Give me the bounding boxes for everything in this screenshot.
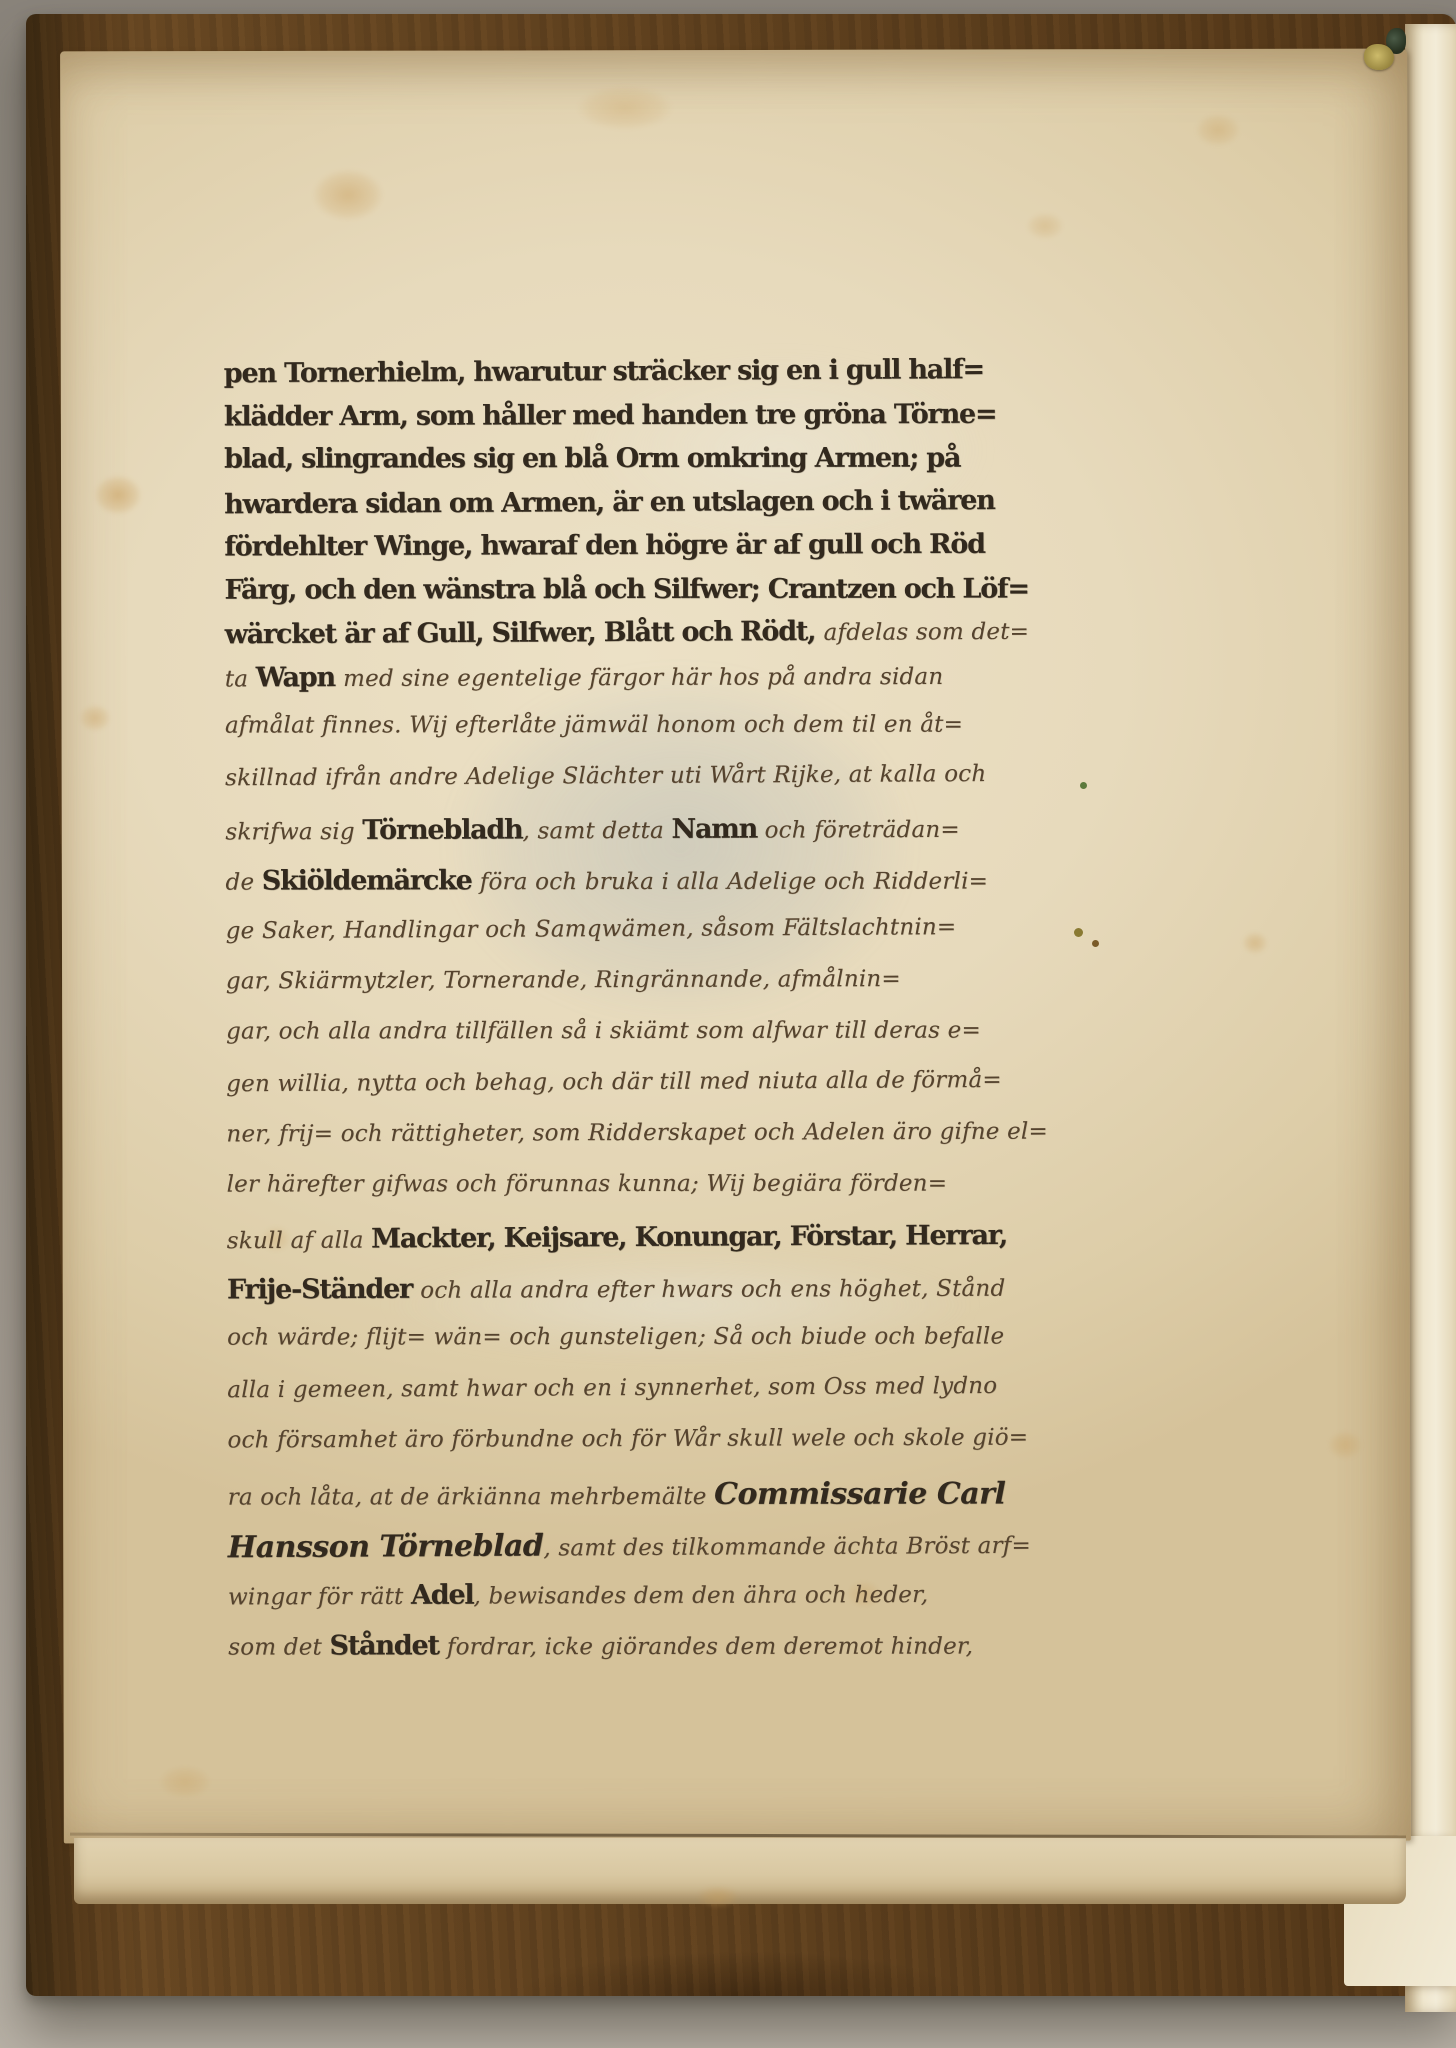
text-segment: och wärde; flijt= wän= och gunsteligen; …: [227, 1323, 1004, 1350]
manuscript-line: ta Wapn med sine egentelige färgor här h…: [225, 659, 1035, 713]
manuscript-line: ner, frij= och rättigheter, som Riddersk…: [226, 1118, 1036, 1172]
text-segment: alla i gemeen, samt hwar och en i synner…: [227, 1372, 997, 1402]
manuscript-line: ra och låta, at de ärkiänna mehrbemälte …: [228, 1476, 1038, 1528]
foxing-spot: [1188, 108, 1248, 152]
text-segment: och alla andra efter hwars och ens höghe…: [420, 1275, 1005, 1303]
text-segment: skull af alla: [227, 1227, 372, 1254]
text-segment: ner, frij= och rättigheter, som Riddersk…: [226, 1118, 1048, 1147]
text-segment: afmålat finnes. Wij efterlåte jämwäl hon…: [225, 711, 963, 738]
text-segment: ge Saker, Handlingar och Samqwämen, såso…: [226, 914, 957, 944]
manuscript-line: och wärde; flijt= wän= och gunsteligen; …: [227, 1323, 1037, 1375]
manuscript-line: och församhet äro förbundne och för Wår …: [227, 1424, 1037, 1478]
text-segment: Mackter, Keijsare, Konungar, Förstar, He…: [371, 1219, 1007, 1254]
foxing-spot: [86, 468, 150, 522]
manuscript-line: gar, och alla andra tillfällen så i skiä…: [226, 1017, 1036, 1069]
manuscript-line: fördehlter Winge, hwaraf den högre är af…: [224, 529, 1034, 575]
paper-speck: [1080, 782, 1087, 789]
text-segment: Frije-Ständer: [227, 1273, 420, 1305]
text-segment: fordrar, icke giörandes dem deremot hind…: [447, 1633, 973, 1660]
text-segment: pen Tornerhielm, hwarutur sträcker sig e…: [224, 354, 984, 389]
text-segment: ler härefter gifwas och förunnas kunna; …: [227, 1170, 948, 1197]
manuscript-line: hwardera sidan om Armen, är en utslagen …: [224, 484, 1034, 532]
manuscript-line: Färg, och den wänstra blå och Silfwer; C…: [224, 573, 1034, 618]
text-segment: Skiöldemärcke: [262, 865, 480, 896]
manuscript-line: Frije-Ständer och alla andra efter hwars…: [227, 1271, 1037, 1325]
manuscript-line: skillnad ifrån andre Adelige Slächter ut…: [225, 760, 1035, 816]
text-segment: klädder Arm, som håller med handen tre g…: [224, 398, 997, 432]
text-segment: gar, och alla andra tillfällen så i skiä…: [226, 1017, 981, 1044]
facing-page-fore-edge: [1405, 24, 1456, 2012]
text-segment: ta: [225, 666, 256, 692]
text-segment: ra och låta, at de ärkiänna mehrbemälte: [228, 1483, 714, 1510]
paper-speck: [1092, 940, 1099, 947]
foxing-spot: [1322, 1426, 1368, 1464]
text-segment: wärcket är af Gull, Silfwer, Blått och R…: [225, 616, 824, 650]
text-segment: gar, Skiärmytzler, Tornerande, Ringränna…: [226, 966, 901, 994]
text-segment: och församhet äro förbundne och för Wår …: [227, 1424, 1028, 1453]
manuscript-line: ler härefter gifwas och förunnas kunna; …: [227, 1170, 1037, 1222]
text-segment: Törnebladh: [362, 814, 522, 846]
text-segment: de: [226, 869, 262, 895]
text-segment: Namn: [671, 813, 757, 844]
text-segment: , bewisandes dem den ähra och heder,: [473, 1581, 928, 1609]
text-segment: skrifwa sig: [225, 818, 362, 844]
text-segment: Färg, och den wänstra blå och Silfwer; C…: [224, 573, 1028, 605]
foxing-spot: [690, 1882, 746, 1912]
text-segment: Wapn: [256, 662, 343, 693]
text-segment: och företrädan=: [757, 816, 960, 843]
scanned-book-photo: pen Tornerhielm, hwarutur sträcker sig e…: [0, 0, 1456, 2048]
manuscript-line: afmålat finnes. Wij efterlåte jämwäl hon…: [225, 711, 1035, 763]
foxing-spot: [1238, 928, 1272, 958]
manuscript-line: skull af alla Mackter, Keijsare, Konunga…: [227, 1219, 1037, 1275]
manuscript-line: blad, slingrandes sig en blå Orm omkring…: [224, 442, 1034, 487]
manuscript-line: gen willia, nytta och behag, och där til…: [226, 1066, 1036, 1122]
text-segment: föra och bruka i alla Adelige och Ridder…: [480, 868, 988, 895]
manuscript-line: som det Ståndet fordrar, icke giörandes …: [228, 1629, 1038, 1681]
foxing-spot: [74, 700, 116, 736]
text-segment: hwardera sidan om Armen, är en utslagen …: [224, 484, 995, 519]
text-segment: Ståndet: [329, 1630, 446, 1661]
paper-speck: [1074, 928, 1083, 937]
text-segment: Commissarie Carl: [714, 1476, 1005, 1511]
manuscript-line: skrifwa sig Törnebladh, samt detta Namn …: [225, 812, 1035, 866]
bookmark-knot-icon: [1364, 44, 1394, 70]
text-segment: wingar för rätt: [228, 1583, 411, 1610]
manuscript-line: wärcket är af Gull, Silfwer, Blått och R…: [225, 615, 1035, 663]
text-segment: Hansson Törneblad: [228, 1528, 544, 1565]
text-segment: som det: [228, 1634, 329, 1660]
text-segment: fördehlter Winge, hwaraf den högre är af…: [224, 529, 985, 563]
text-segment: , samt des tilkommande ächta Bröst arf=: [543, 1532, 1031, 1561]
foxing-spot: [150, 1760, 220, 1804]
text-segment: med sine egentelige färgor här hos på an…: [343, 663, 943, 691]
foxing-spot: [300, 160, 396, 230]
manuscript-line: klädder Arm, som håller med handen tre g…: [224, 398, 1034, 444]
manuscript-line: de Skiöldemärcke föra och bruka i alla A…: [226, 864, 1036, 916]
manuscript-line: gar, Skiärmytzler, Tornerande, Ringränna…: [226, 965, 1036, 1019]
text-segment: skillnad ifrån andre Adelige Slächter ut…: [225, 761, 986, 791]
manuscript-line: wingar för rätt Adel, bewisandes dem den…: [228, 1577, 1038, 1631]
manuscript-line: alla i gemeen, samt hwar och en i synner…: [227, 1372, 1037, 1428]
manuscript-line: ge Saker, Handlingar och Samqwämen, såso…: [226, 913, 1036, 969]
text-segment: afdelas som det=: [823, 619, 1029, 646]
foxing-spot: [560, 78, 690, 138]
text-segment: Adel: [411, 1579, 474, 1610]
text-segment: gen willia, nytta och behag, och där til…: [226, 1066, 1002, 1096]
foxing-spot: [1020, 208, 1070, 244]
text-segment: blad, slingrandes sig en blå Orm omkring…: [224, 443, 960, 475]
manuscript-line: pen Tornerhielm, hwarutur sträcker sig e…: [224, 354, 1034, 402]
manuscript-text-block: pen Tornerhielm, hwarutur sträcker sig e…: [224, 355, 1039, 1682]
text-segment: , samt detta: [522, 817, 671, 844]
manuscript-line: Hansson Törneblad, samt des tilkommande …: [228, 1525, 1038, 1581]
